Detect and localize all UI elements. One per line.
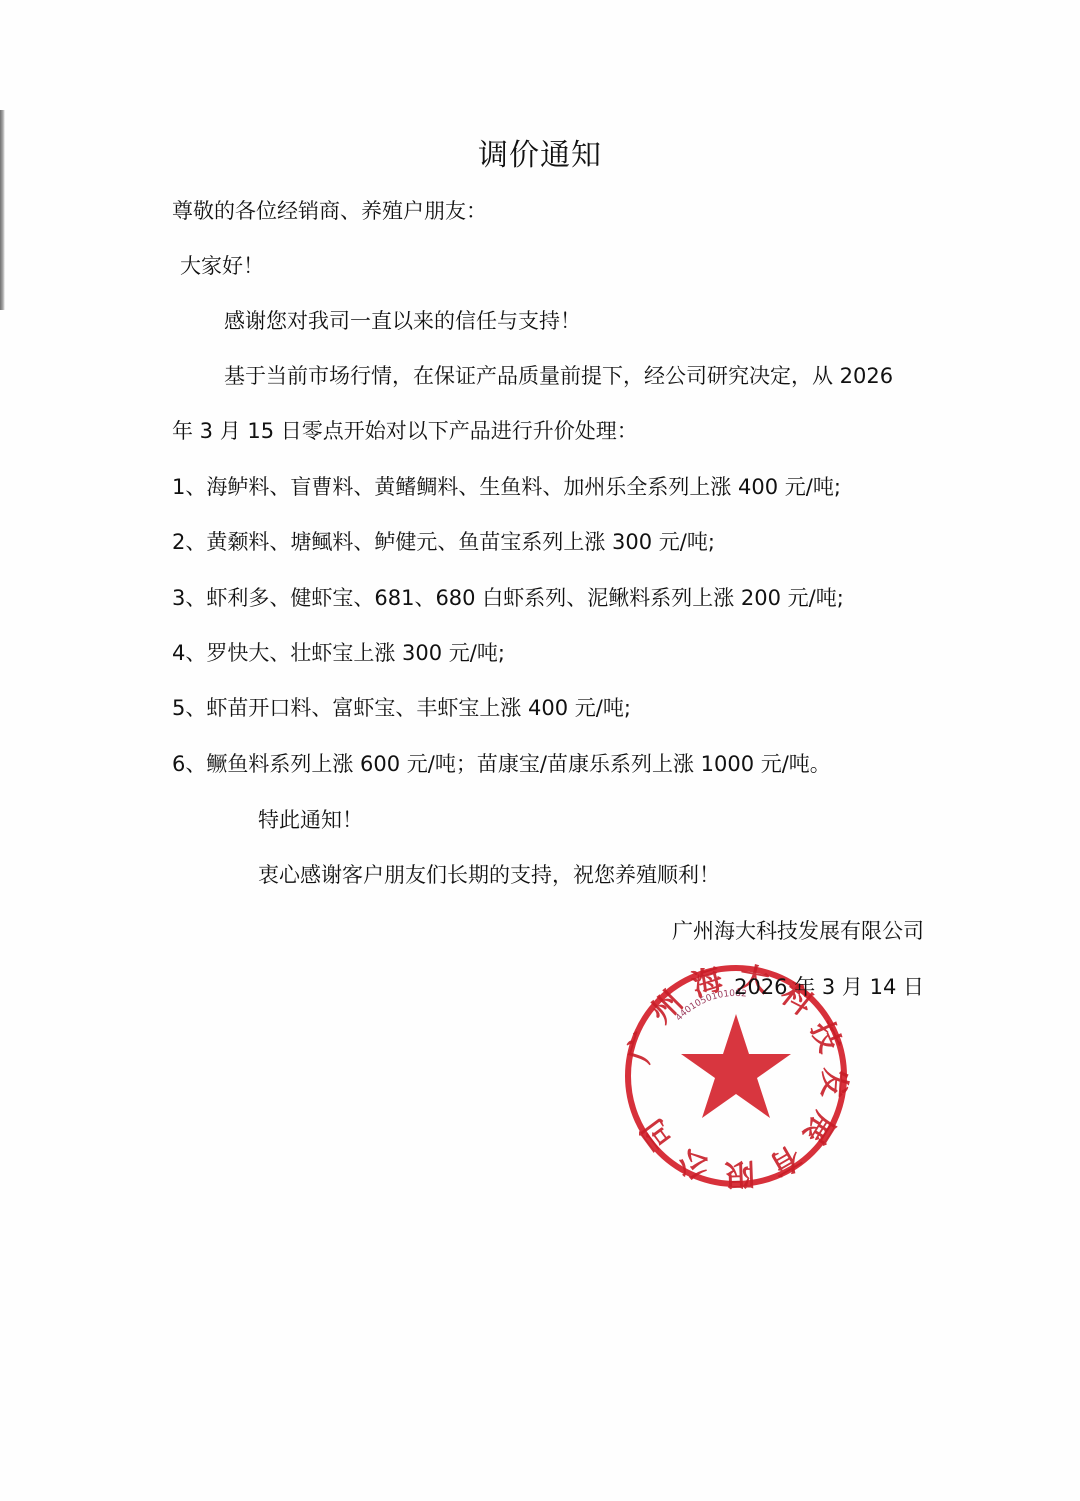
greeting: 大家好！ [180, 252, 264, 280]
closing-thanks: 衷心感谢客户朋友们长期的支持，祝您养殖顺利！ [258, 861, 720, 889]
company-signature: 广州海大科技发展有限公司 [672, 917, 924, 945]
intro-line-2: 年 3 月 15 日零点开始对以下产品进行升价处理： [172, 417, 638, 445]
document-title: 调价通知 [0, 136, 1080, 176]
price-item: 4、罗快大、壮虾宝上涨 300 元/吨; [172, 639, 505, 667]
price-item: 1、海鲈料、盲曹料、黄鳍鲷料、生鱼料、加州乐全系列上涨 400 元/吨; [172, 473, 841, 501]
document-date: 2026 年 3 月 14 日 [734, 973, 924, 1001]
salutation: 尊敬的各位经销商、养殖户朋友： [172, 197, 487, 225]
closing-notice: 特此通知！ [258, 806, 363, 834]
price-item: 5、虾苗开口料、富虾宝、丰虾宝上涨 400 元/吨; [172, 694, 631, 722]
price-item: 2、黄颡料、塘鲺料、鲈健元、鱼苗宝系列上涨 300 元/吨; [172, 528, 715, 556]
document-page: 调价通知 尊敬的各位经销商、养殖户朋友： 大家好！ 感谢您对我司一直以来的信任与… [0, 0, 1080, 1501]
intro-line-1: 基于当前市场行情，在保证产品质量前提下，经公司研究决定，从 2026 [224, 362, 893, 390]
star-icon [681, 1014, 791, 1118]
price-item: 6、鳜鱼料系列上涨 600 元/吨；苗康宝/苗康乐系列上涨 1000 元/吨。 [172, 750, 831, 778]
price-item: 3、虾利多、健虾宝、681、680 白虾系列、泥鳅料系列上涨 200 元/吨; [172, 584, 844, 612]
thanks-line: 感谢您对我司一直以来的信任与支持！ [224, 307, 581, 335]
